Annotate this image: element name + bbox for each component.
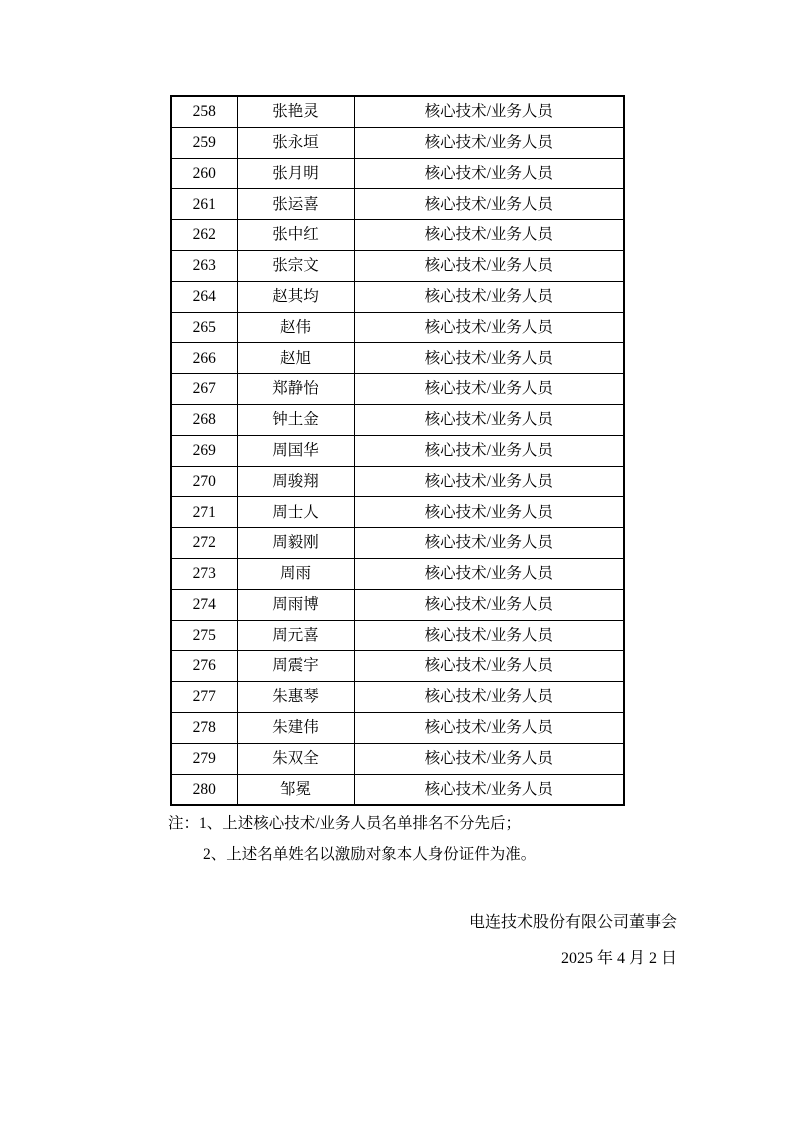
row-name: 张运喜 — [237, 189, 354, 220]
row-name: 张永垣 — [237, 127, 354, 158]
table-row: 260张月明核心技术/业务人员 — [171, 158, 624, 189]
table-row: 280邹冕核心技术/业务人员 — [171, 774, 624, 805]
row-name: 赵其均 — [237, 281, 354, 312]
table-row: 258张艳灵核心技术/业务人员 — [171, 96, 624, 127]
row-role: 核心技术/业务人员 — [354, 281, 624, 312]
row-role: 核心技术/业务人员 — [354, 158, 624, 189]
row-name: 张月明 — [237, 158, 354, 189]
row-role: 核心技术/业务人员 — [354, 374, 624, 405]
table-row: 271周士人核心技术/业务人员 — [171, 497, 624, 528]
table-row: 269周国华核心技术/业务人员 — [171, 435, 624, 466]
row-role: 核心技术/业务人员 — [354, 651, 624, 682]
table-row: 273周雨核心技术/业务人员 — [171, 558, 624, 589]
row-number: 276 — [171, 651, 237, 682]
row-role: 核心技术/业务人员 — [354, 343, 624, 374]
table-row: 261张运喜核心技术/业务人员 — [171, 189, 624, 220]
row-number: 262 — [171, 220, 237, 251]
row-number: 274 — [171, 589, 237, 620]
row-number: 269 — [171, 435, 237, 466]
personnel-table-body: 258张艳灵核心技术/业务人员259张永垣核心技术/业务人员260张月明核心技术… — [171, 96, 624, 805]
row-role: 核心技术/业务人员 — [354, 189, 624, 220]
row-name: 周雨 — [237, 558, 354, 589]
row-role: 核心技术/业务人员 — [354, 712, 624, 743]
row-number: 271 — [171, 497, 237, 528]
table-row: 259张永垣核心技术/业务人员 — [171, 127, 624, 158]
table-row: 275周元喜核心技术/业务人员 — [171, 620, 624, 651]
row-number: 275 — [171, 620, 237, 651]
row-number: 273 — [171, 558, 237, 589]
row-role: 核心技术/业务人员 — [354, 774, 624, 805]
row-number: 261 — [171, 189, 237, 220]
row-role: 核心技术/业务人员 — [354, 96, 624, 127]
row-role: 核心技术/业务人员 — [354, 404, 624, 435]
row-number: 264 — [171, 281, 237, 312]
row-number: 258 — [171, 96, 237, 127]
document-page: 258张艳灵核心技术/业务人员259张永垣核心技术/业务人员260张月明核心技术… — [0, 0, 793, 1122]
row-name: 张中红 — [237, 220, 354, 251]
row-number: 267 — [171, 374, 237, 405]
personnel-table: 258张艳灵核心技术/业务人员259张永垣核心技术/业务人员260张月明核心技术… — [170, 95, 625, 806]
row-number: 279 — [171, 743, 237, 774]
table-row: 277朱惠琴核心技术/业务人员 — [171, 682, 624, 713]
table-row: 267郑静怡核心技术/业务人员 — [171, 374, 624, 405]
row-name: 周士人 — [237, 497, 354, 528]
table-row: 268钟土金核心技术/业务人员 — [171, 404, 624, 435]
row-role: 核心技术/业务人员 — [354, 220, 624, 251]
row-name: 朱双全 — [237, 743, 354, 774]
row-name: 朱建伟 — [237, 712, 354, 743]
table-row: 270周骏翔核心技术/业务人员 — [171, 466, 624, 497]
row-role: 核心技术/业务人员 — [354, 466, 624, 497]
row-role: 核心技术/业务人员 — [354, 589, 624, 620]
table-row: 279朱双全核心技术/业务人员 — [171, 743, 624, 774]
row-name: 邹冕 — [237, 774, 354, 805]
row-role: 核心技术/业务人员 — [354, 528, 624, 559]
signature-date: 2025 年 4 月 2 日 — [561, 949, 677, 968]
row-role: 核心技术/业务人员 — [354, 743, 624, 774]
row-name: 张艳灵 — [237, 96, 354, 127]
row-number: 280 — [171, 774, 237, 805]
row-name: 赵旭 — [237, 343, 354, 374]
table-row: 266赵旭核心技术/业务人员 — [171, 343, 624, 374]
row-name: 周震宇 — [237, 651, 354, 682]
row-number: 278 — [171, 712, 237, 743]
row-number: 260 — [171, 158, 237, 189]
note-line-2: 2、上述名单姓名以激励对象本人身份证件为准。 — [203, 846, 536, 865]
row-name: 周雨博 — [237, 589, 354, 620]
table-row: 274周雨博核心技术/业务人员 — [171, 589, 624, 620]
note-line-1: 注：1、上述核心技术/业务人员名单排名不分先后； — [168, 815, 521, 834]
row-number: 259 — [171, 127, 237, 158]
row-number: 266 — [171, 343, 237, 374]
row-name: 周国华 — [237, 435, 354, 466]
row-name: 周骏翔 — [237, 466, 354, 497]
row-name: 赵伟 — [237, 312, 354, 343]
row-name: 周毅刚 — [237, 528, 354, 559]
row-number: 277 — [171, 682, 237, 713]
row-name: 郑静怡 — [237, 374, 354, 405]
row-number: 263 — [171, 250, 237, 281]
row-role: 核心技术/业务人员 — [354, 682, 624, 713]
row-number: 265 — [171, 312, 237, 343]
table-row: 276周震宇核心技术/业务人员 — [171, 651, 624, 682]
row-role: 核心技术/业务人员 — [354, 558, 624, 589]
table-row: 262张中红核心技术/业务人员 — [171, 220, 624, 251]
row-name: 朱惠琴 — [237, 682, 354, 713]
row-name: 张宗文 — [237, 250, 354, 281]
table-row: 264赵其均核心技术/业务人员 — [171, 281, 624, 312]
row-role: 核心技术/业务人员 — [354, 312, 624, 343]
row-name: 钟土金 — [237, 404, 354, 435]
row-role: 核心技术/业务人员 — [354, 620, 624, 651]
row-role: 核心技术/业务人员 — [354, 435, 624, 466]
table-row: 263张宗文核心技术/业务人员 — [171, 250, 624, 281]
row-role: 核心技术/业务人员 — [354, 127, 624, 158]
row-name: 周元喜 — [237, 620, 354, 651]
row-number: 268 — [171, 404, 237, 435]
row-number: 272 — [171, 528, 237, 559]
row-role: 核心技术/业务人员 — [354, 250, 624, 281]
row-number: 270 — [171, 466, 237, 497]
table-row: 265赵伟核心技术/业务人员 — [171, 312, 624, 343]
table-row: 272周毅刚核心技术/业务人员 — [171, 528, 624, 559]
table-row: 278朱建伟核心技术/业务人员 — [171, 712, 624, 743]
signature-company: 电连技术股份有限公司董事会 — [469, 913, 677, 932]
row-role: 核心技术/业务人员 — [354, 497, 624, 528]
